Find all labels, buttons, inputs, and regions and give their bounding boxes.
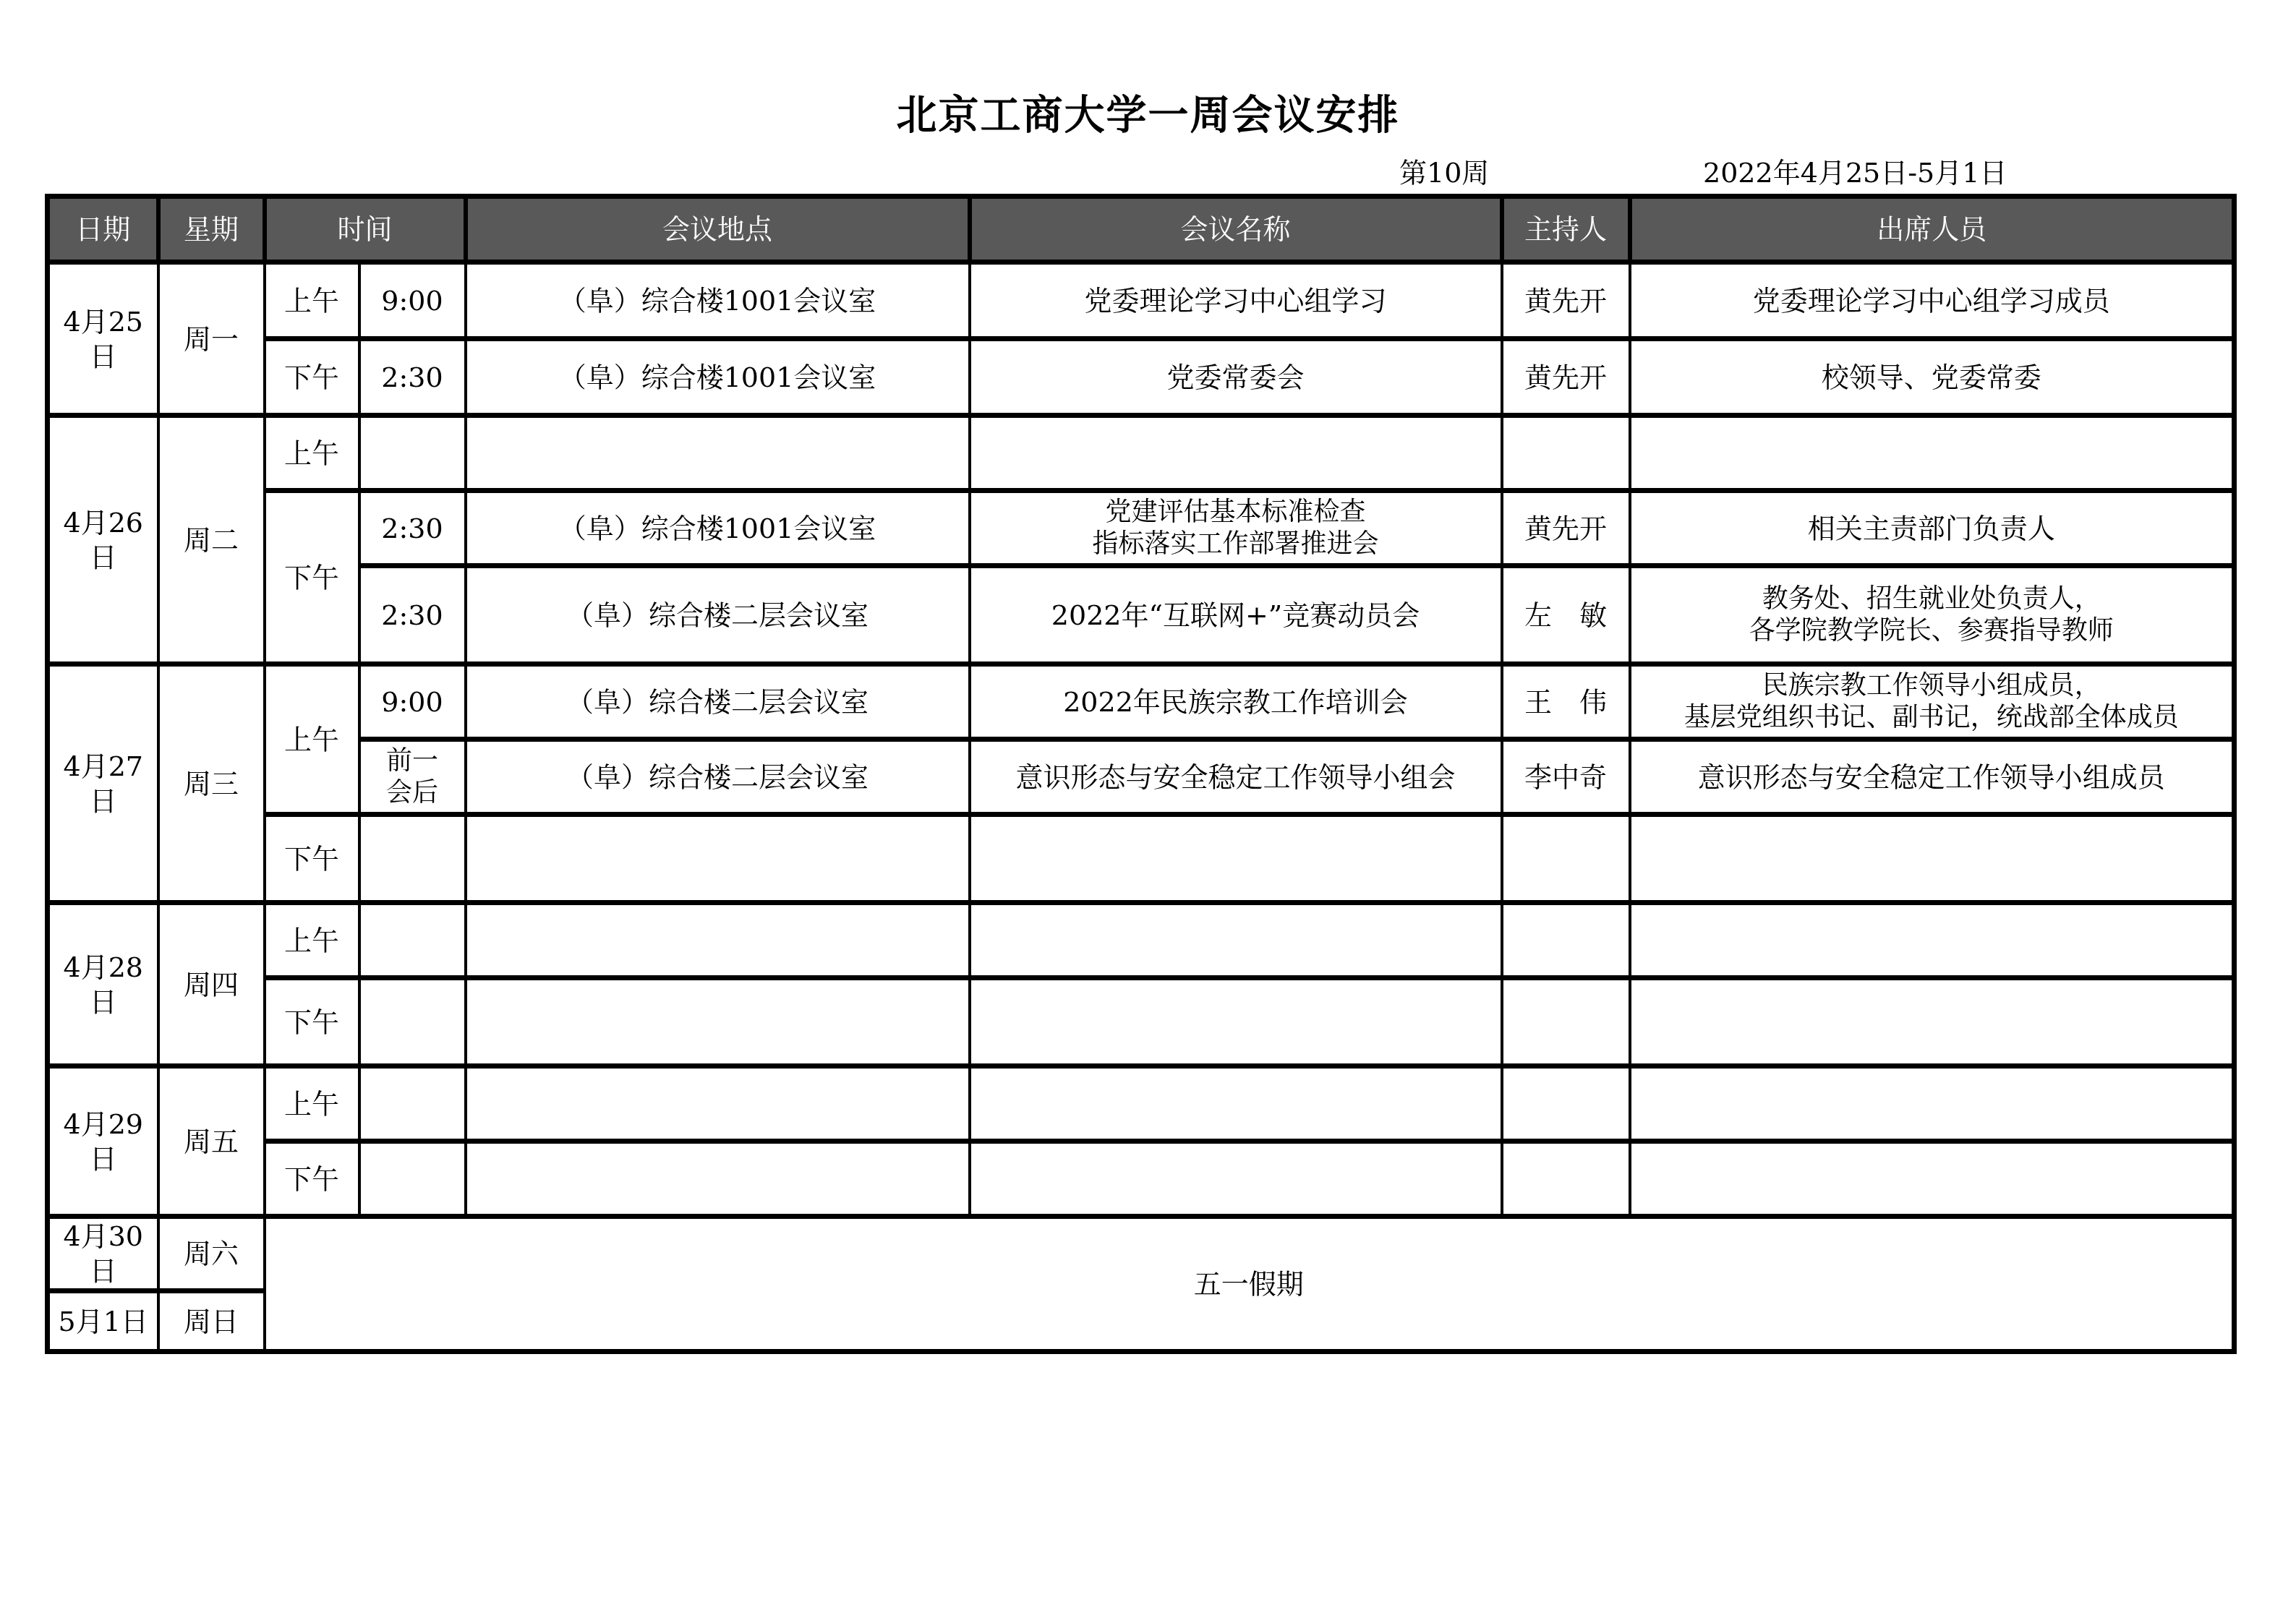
attendees-cell — [1630, 978, 2235, 1066]
location-cell — [466, 416, 970, 491]
time-cell: 前一 会后 — [359, 740, 466, 815]
col-header-location: 会议地点 — [466, 197, 970, 262]
meeting-name-cell — [970, 903, 1502, 978]
page-title: 北京工商大学一周会议安排 — [0, 83, 2296, 141]
week-number: 第10周 — [1399, 150, 1489, 190]
time-cell: 9:00 — [359, 664, 466, 740]
host-cell — [1502, 978, 1630, 1066]
col-header-name: 会议名称 — [970, 197, 1502, 262]
host-cell — [1502, 903, 1630, 978]
location-cell: （阜）综合楼1001会议室 — [466, 491, 970, 566]
meeting-name-cell: 2022年民族宗教工作培训会 — [970, 664, 1502, 740]
weekday-cell: 周五 — [158, 1066, 265, 1217]
date-cell: 4月29日 — [48, 1066, 158, 1217]
time-cell — [359, 1066, 466, 1142]
location-cell — [466, 1066, 970, 1142]
weekday-cell: 周一 — [158, 262, 265, 416]
period-cell: 上午 — [265, 416, 359, 491]
time-cell: 2:30 — [359, 491, 466, 566]
time-cell — [359, 416, 466, 491]
attendees-cell: 党委理论学习中心组学习成员 — [1630, 262, 2235, 339]
location-cell — [466, 815, 970, 903]
meeting-name-cell — [970, 1066, 1502, 1142]
date-cell: 4月28日 — [48, 903, 158, 1066]
meeting-name-cell: 党建评估基本标准检查 指标落实工作部署推进会 — [970, 491, 1502, 566]
time-cell — [359, 1142, 466, 1217]
table-row: 4月26日 周二 上午 — [48, 416, 2235, 491]
attendees-cell — [1630, 1142, 2235, 1217]
location-cell: （阜）综合楼二层会议室 — [466, 740, 970, 815]
location-cell: （阜）综合楼1001会议室 — [466, 339, 970, 416]
host-cell: 黄先开 — [1502, 491, 1630, 566]
host-cell: 王 伟 — [1502, 664, 1630, 740]
date-cell: 5月1日 — [48, 1291, 158, 1352]
table-header-row: 日期 星期 时间 会议地点 会议名称 主持人 出席人员 — [48, 197, 2235, 262]
meeting-name-cell — [970, 1142, 1502, 1217]
table-row: 4月28日 周四 上午 — [48, 903, 2235, 978]
period-cell: 上午 — [265, 262, 359, 339]
host-cell: 李中奇 — [1502, 740, 1630, 815]
table-row: 下午 — [48, 978, 2235, 1066]
attendees-cell — [1630, 903, 2235, 978]
meeting-name-line: 党建评估基本标准检查 — [971, 497, 1501, 528]
meeting-name-cell: 党委常委会 — [970, 339, 1502, 416]
attendees-line: 教务处、招生就业处负责人， — [1631, 583, 2232, 615]
attendees-cell: 民族宗教工作领导小组成员， 基层党组织书记、副书记，统战部全体成员 — [1630, 664, 2235, 740]
table-row: 下午 2:30 （阜）综合楼1001会议室 党建评估基本标准检查 指标落实工作部… — [48, 491, 2235, 566]
time-cell — [359, 903, 466, 978]
period-cell: 下午 — [265, 815, 359, 903]
meeting-schedule-table: 日期 星期 时间 会议地点 会议名称 主持人 出席人员 4月25日 周一 上午 … — [45, 194, 2237, 1354]
time-cell — [359, 815, 466, 903]
table-row: 2:30 （阜）综合楼二层会议室 2022年“互联网+”竞赛动员会 左 敏 教务… — [48, 566, 2235, 664]
attendees-line: 基层党组织书记、副书记，统战部全体成员 — [1631, 702, 2232, 734]
time-cell: 2:30 — [359, 566, 466, 664]
attendees-cell: 教务处、招生就业处负责人， 各学院教学院长、参赛指导教师 — [1630, 566, 2235, 664]
col-header-weekday: 星期 — [158, 197, 265, 262]
date-range: 2022年4月25日-5月1日 — [1703, 150, 2007, 190]
table-row: 下午 — [48, 815, 2235, 903]
table-row: 前一 会后 （阜）综合楼二层会议室 意识形态与安全稳定工作领导小组会 李中奇 意… — [48, 740, 2235, 815]
attendees-line: 民族宗教工作领导小组成员， — [1631, 670, 2232, 702]
meeting-name-cell: 2022年“互联网+”竞赛动员会 — [970, 566, 1502, 664]
table-row: 下午 — [48, 1142, 2235, 1217]
time-cell: 9:00 — [359, 262, 466, 339]
period-cell: 下午 — [265, 1142, 359, 1217]
location-cell: （阜）综合楼二层会议室 — [466, 664, 970, 740]
attendees-cell: 意识形态与安全稳定工作领导小组成员 — [1630, 740, 2235, 815]
location-cell: （阜）综合楼1001会议室 — [466, 262, 970, 339]
location-cell — [466, 1142, 970, 1217]
col-header-attendees: 出席人员 — [1630, 197, 2235, 262]
meeting-name-line: 指标落实工作部署推进会 — [971, 528, 1501, 560]
date-cell: 4月25日 — [48, 262, 158, 416]
period-cell: 上午 — [265, 903, 359, 978]
meeting-name-cell: 党委理论学习中心组学习 — [970, 262, 1502, 339]
col-header-date: 日期 — [48, 197, 158, 262]
host-cell: 黄先开 — [1502, 262, 1630, 339]
meeting-name-cell — [970, 815, 1502, 903]
attendees-line: 各学院教学院长、参赛指导教师 — [1631, 615, 2232, 647]
date-cell: 4月26日 — [48, 416, 158, 664]
attendees-cell — [1630, 416, 2235, 491]
host-cell — [1502, 1066, 1630, 1142]
host-cell — [1502, 416, 1630, 491]
attendees-cell — [1630, 1066, 2235, 1142]
col-header-time: 时间 — [265, 197, 466, 262]
col-header-host: 主持人 — [1502, 197, 1630, 262]
period-cell: 下午 — [265, 978, 359, 1066]
attendees-cell: 校领导、党委常委 — [1630, 339, 2235, 416]
weekday-cell: 周日 — [158, 1291, 265, 1352]
table-row: 4月25日 周一 上午 9:00 （阜）综合楼1001会议室 党委理论学习中心组… — [48, 262, 2235, 339]
host-cell: 黄先开 — [1502, 339, 1630, 416]
location-cell — [466, 978, 970, 1066]
table-row: 4月30日 周六 五一假期 — [48, 1217, 2235, 1291]
holiday-note: 五一假期 — [265, 1217, 2235, 1352]
location-cell — [466, 903, 970, 978]
meeting-name-cell — [970, 978, 1502, 1066]
weekday-cell: 周三 — [158, 664, 265, 903]
time-line: 前一 — [361, 745, 464, 777]
attendees-cell: 相关主责部门负责人 — [1630, 491, 2235, 566]
meeting-name-cell: 意识形态与安全稳定工作领导小组会 — [970, 740, 1502, 815]
meeting-name-cell — [970, 416, 1502, 491]
date-cell: 4月27日 — [48, 664, 158, 903]
table-row: 4月27日 周三 上午 9:00 （阜）综合楼二层会议室 2022年民族宗教工作… — [48, 664, 2235, 740]
period-cell: 下午 — [265, 491, 359, 664]
weekday-cell: 周四 — [158, 903, 265, 1066]
location-cell: （阜）综合楼二层会议室 — [466, 566, 970, 664]
time-cell: 2:30 — [359, 339, 466, 416]
time-cell — [359, 978, 466, 1066]
table-row: 下午 2:30 （阜）综合楼1001会议室 党委常委会 黄先开 校领导、党委常委 — [48, 339, 2235, 416]
attendees-cell — [1630, 815, 2235, 903]
host-cell: 左 敏 — [1502, 566, 1630, 664]
host-cell — [1502, 815, 1630, 903]
period-cell: 下午 — [265, 339, 359, 416]
date-cell: 4月30日 — [48, 1217, 158, 1291]
table-row: 4月29日 周五 上午 — [48, 1066, 2235, 1142]
weekday-cell: 周二 — [158, 416, 265, 664]
time-line: 会后 — [361, 777, 464, 809]
period-cell: 上午 — [265, 1066, 359, 1142]
weekday-cell: 周六 — [158, 1217, 265, 1291]
period-cell: 上午 — [265, 664, 359, 815]
host-cell — [1502, 1142, 1630, 1217]
